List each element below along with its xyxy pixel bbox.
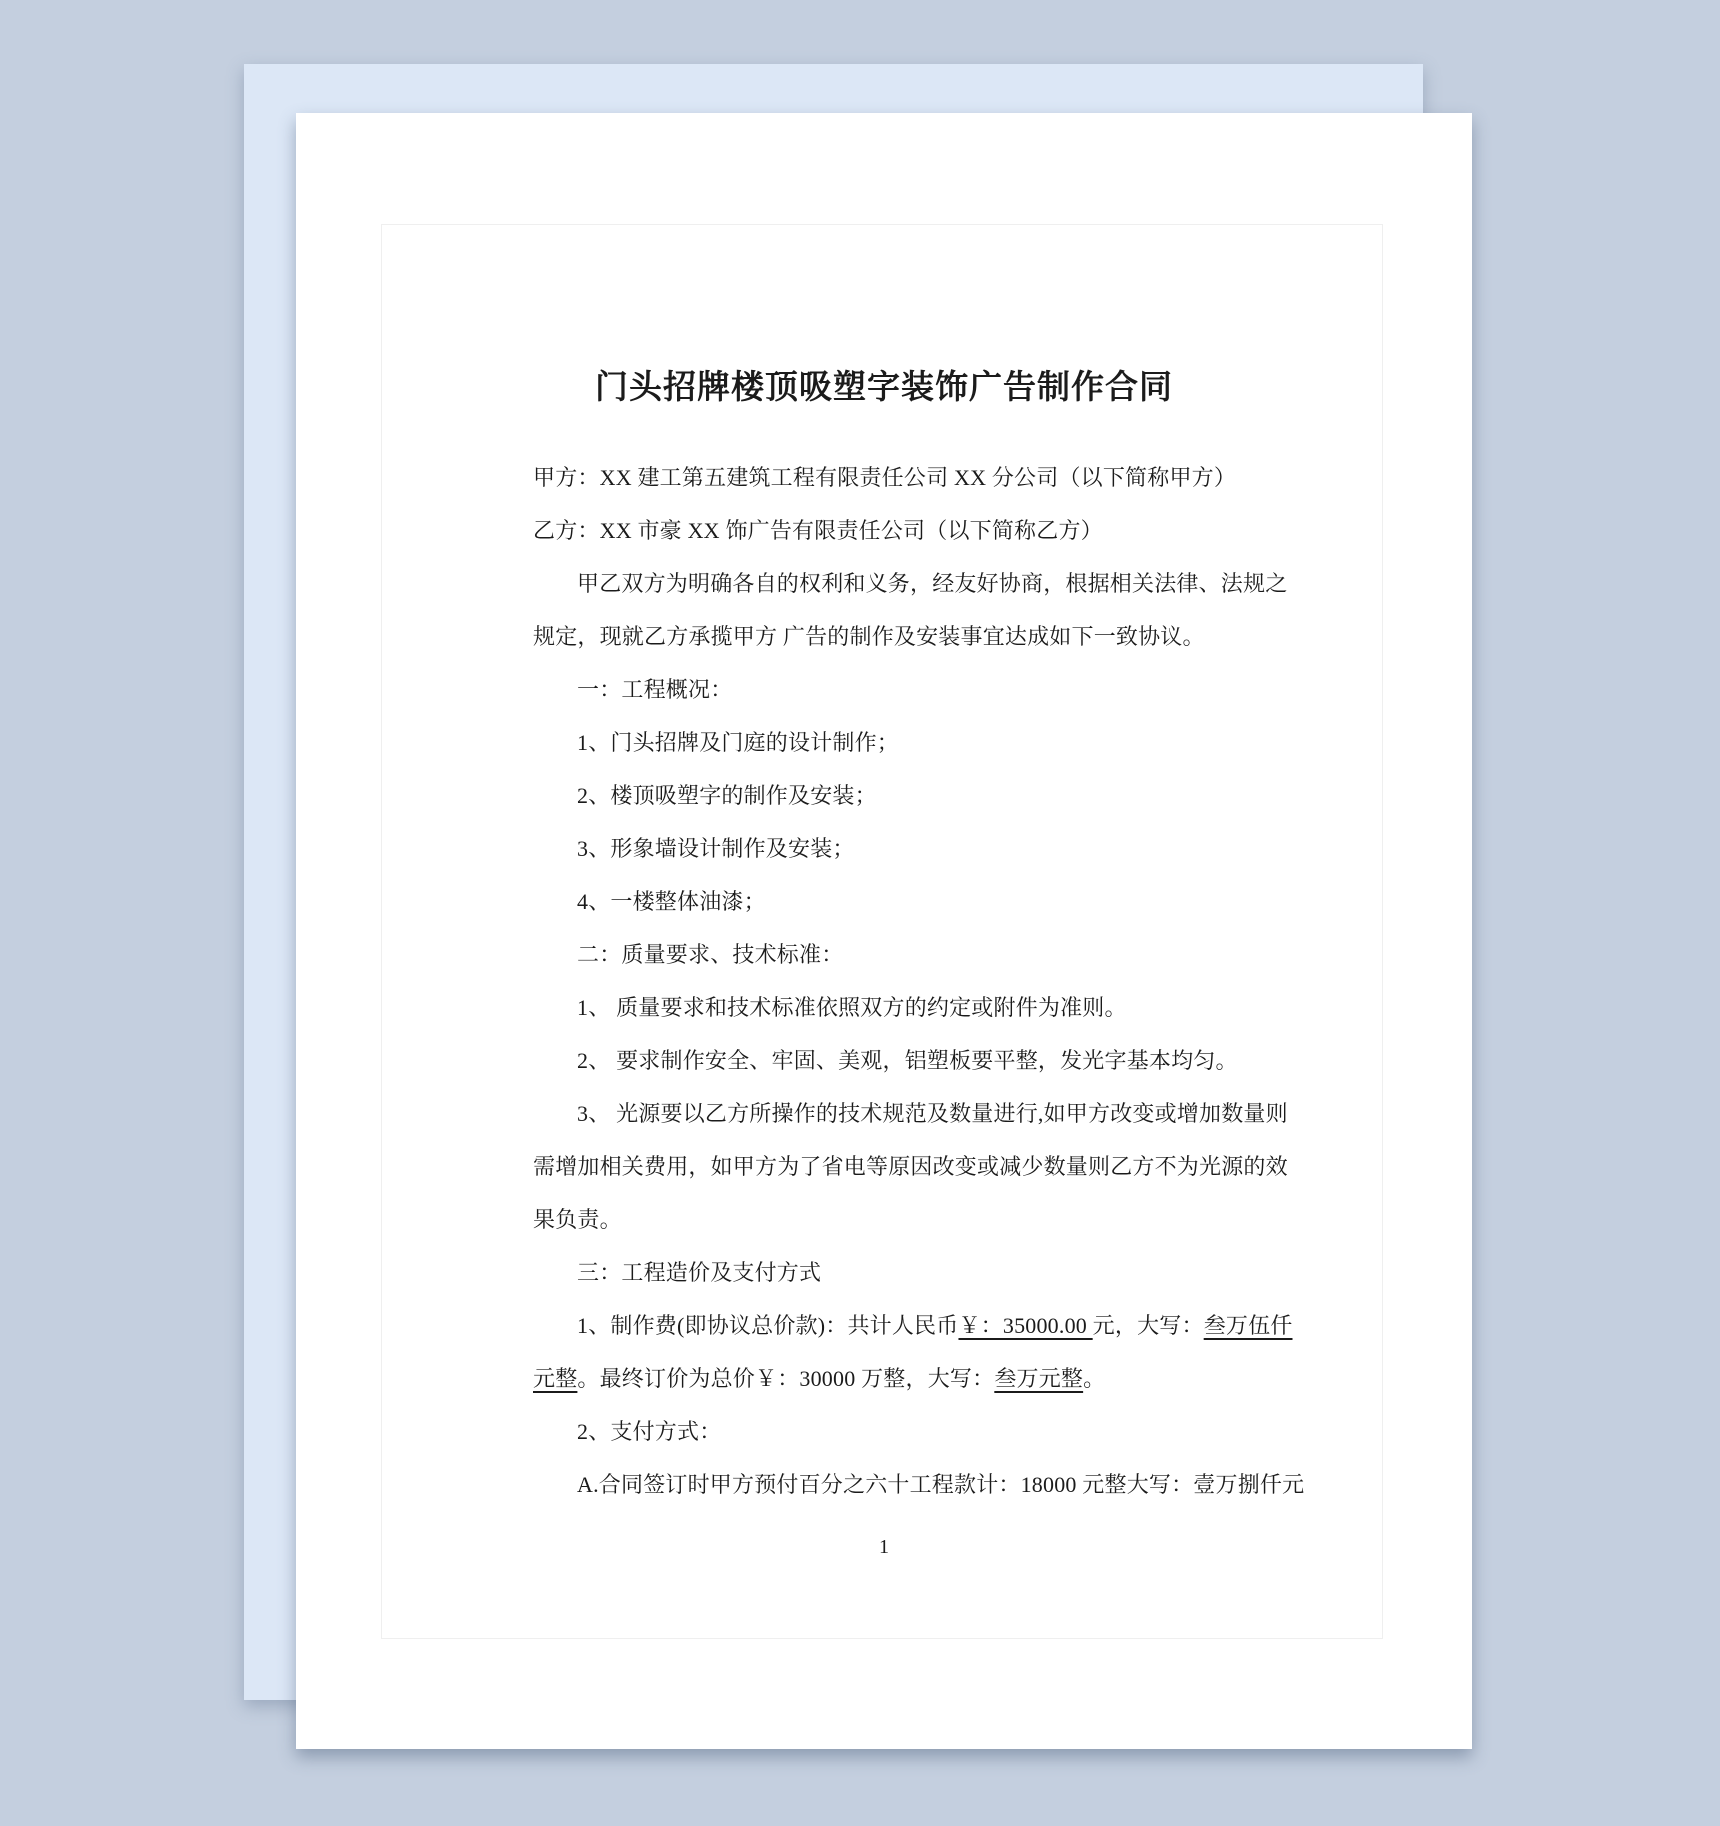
document-line: 一：工程概况： bbox=[533, 663, 1235, 716]
text-run: 元，大写： bbox=[1093, 1313, 1204, 1338]
text-run: 3、形象墙设计制作及安装； bbox=[577, 836, 855, 861]
document-line: 元整。最终订价为总价￥：30000 万整，大写：叁万元整。 bbox=[533, 1352, 1235, 1405]
text-run: 一：工程概况： bbox=[577, 677, 732, 702]
text-run: 3、 光源要以乙方所操作的技术规范及数量进行,如甲方改变或增加数量则 bbox=[577, 1101, 1288, 1126]
document-page: 门头招牌楼顶吸塑字装饰广告制作合同 甲方：XX 建工第五建筑工程有限责任公司 X… bbox=[296, 113, 1472, 1749]
document-line: 2、支付方式： bbox=[533, 1405, 1235, 1458]
document-line: 规定，现就乙方承揽甲方 广告的制作及安装事宜达成如下一致协议。 bbox=[533, 610, 1235, 663]
text-run: 三：工程造价及支付方式 bbox=[577, 1260, 821, 1285]
document-line: 3、 光源要以乙方所操作的技术规范及数量进行,如甲方改变或增加数量则 bbox=[533, 1087, 1235, 1140]
underlined-text-run: 元整 bbox=[533, 1366, 577, 1391]
text-run: 乙方：XX 市豪 XX 饰广告有限责任公司（以下简称乙方） bbox=[533, 518, 1103, 543]
document-line: 2、 要求制作安全、牢固、美观，铝塑板要平整，发光字基本均匀。 bbox=[533, 1034, 1235, 1087]
document-line: 三：工程造价及支付方式 bbox=[533, 1246, 1235, 1299]
document-line: 需增加相关费用，如甲方为了省电等原因改变或减少数量则乙方不为光源的效 bbox=[533, 1140, 1235, 1193]
text-run: 1、 质量要求和技术标准依照双方的约定或附件为准则。 bbox=[577, 995, 1127, 1020]
document-body: 甲方：XX 建工第五建筑工程有限责任公司 XX 分公司（以下简称甲方）乙方：XX… bbox=[533, 451, 1235, 1511]
document-line: A.合同签订时甲方预付百分之六十工程款计：18000 元整大写：壹万捌仟元 bbox=[533, 1458, 1235, 1511]
text-run: 规定，现就乙方承揽甲方 广告的制作及安装事宜达成如下一致协议。 bbox=[533, 624, 1205, 649]
underlined-text-run: 叁万元整 bbox=[994, 1366, 1083, 1391]
document-line: 二：质量要求、技术标准： bbox=[533, 928, 1235, 981]
text-run: 1、门头招牌及门庭的设计制作； bbox=[577, 730, 899, 755]
document-line: 甲乙双方为明确各自的权利和义务，经友好协商，根据相关法律、法规之 bbox=[533, 557, 1235, 610]
document-line: 1、制作费(即协议总价款)：共计人民币￥：35000.00 元，大写：叁万伍仟 bbox=[533, 1299, 1235, 1352]
document-line: 3、形象墙设计制作及安装； bbox=[533, 822, 1235, 875]
text-run: A.合同签订时甲方预付百分之六十工程款计：18000 元整大写：壹万捌仟元 bbox=[577, 1472, 1304, 1497]
text-run: 4、一楼整体油漆； bbox=[577, 889, 766, 914]
document-line: 乙方：XX 市豪 XX 饰广告有限责任公司（以下简称乙方） bbox=[533, 504, 1235, 557]
document-line: 2、楼顶吸塑字的制作及安装； bbox=[533, 769, 1235, 822]
document-line: 1、 质量要求和技术标准依照双方的约定或附件为准则。 bbox=[533, 981, 1235, 1034]
text-run: 需增加相关费用，如甲方为了省电等原因改变或减少数量则乙方不为光源的效 bbox=[533, 1154, 1288, 1179]
underlined-text-run: 叁万伍仟 bbox=[1204, 1313, 1293, 1338]
underlined-text-run: ￥：35000.00 bbox=[958, 1313, 1092, 1338]
text-run: 甲方：XX 建工第五建筑工程有限责任公司 XX 分公司（以下简称甲方） bbox=[533, 465, 1236, 490]
text-run: 果负责。 bbox=[533, 1207, 622, 1232]
text-run: 甲乙双方为明确各自的权利和义务，经友好协商，根据相关法律、法规之 bbox=[577, 571, 1287, 596]
document-content: 门头招牌楼顶吸塑字装饰广告制作合同 甲方：XX 建工第五建筑工程有限责任公司 X… bbox=[296, 113, 1472, 1574]
document-line: 1、门头招牌及门庭的设计制作； bbox=[533, 716, 1235, 769]
document-line: 4、一楼整体油漆； bbox=[533, 875, 1235, 928]
workspace-canvas: 门头招牌楼顶吸塑字装饰广告制作合同 甲方：XX 建工第五建筑工程有限责任公司 X… bbox=[0, 0, 1720, 1826]
text-run: 。最终订价为总价￥：30000 万整，大写： bbox=[577, 1366, 994, 1391]
text-run: 2、 要求制作安全、牢固、美观，铝塑板要平整，发光字基本均匀。 bbox=[577, 1048, 1238, 1073]
document-title: 门头招牌楼顶吸塑字装饰广告制作合同 bbox=[533, 360, 1235, 416]
text-run: 二：质量要求、技术标准： bbox=[577, 942, 843, 967]
document-line: 果负责。 bbox=[533, 1193, 1235, 1246]
text-run: 1、制作费(即协议总价款)：共计人民币 bbox=[577, 1313, 958, 1338]
text-run: 2、支付方式： bbox=[577, 1419, 721, 1444]
page-number: 1 bbox=[533, 1521, 1235, 1574]
document-line: 甲方：XX 建工第五建筑工程有限责任公司 XX 分公司（以下简称甲方） bbox=[533, 451, 1235, 504]
text-run: 2、楼顶吸塑字的制作及安装； bbox=[577, 783, 877, 808]
text-run: 。 bbox=[1083, 1366, 1105, 1391]
